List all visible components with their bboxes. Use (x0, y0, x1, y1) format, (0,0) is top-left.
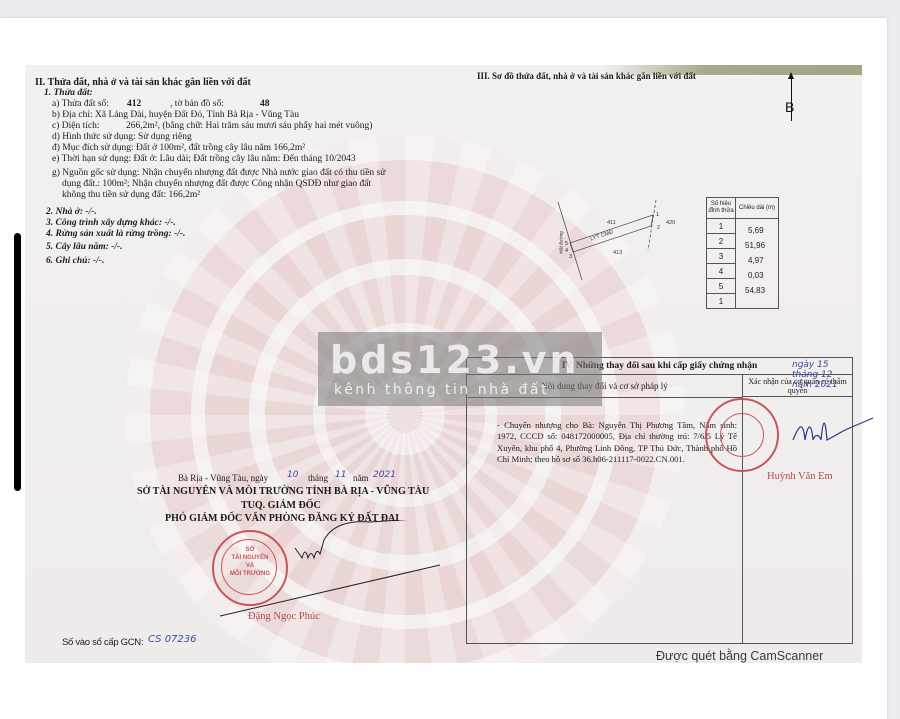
date-year: 2021 (373, 470, 396, 481)
parcel-label: a) Thửa đất số: (52, 99, 109, 110)
house-line: 2. Nhà ở: -/-. (46, 207, 97, 218)
length-cell: 4,97 (748, 256, 764, 265)
date-line-prefix: Bà Rịa - Vũng Tàu, ngày (178, 473, 268, 484)
point-cell: 5 (707, 279, 736, 294)
date-day: 10 (287, 470, 298, 481)
confirm-date: ngày 15 tháng 12 năm 2021 (792, 360, 852, 390)
length-cell: 0,03 (748, 271, 764, 280)
usage-purpose: đ) Mục đích sử dụng: Đất ở 100m², đất tr… (52, 143, 305, 154)
registry-value: CS 07236 (148, 634, 197, 645)
point-cell: 1 (707, 219, 736, 234)
parcel-number: 412 (127, 99, 141, 110)
vertical-scrollbar[interactable] (14, 233, 21, 491)
registry-label: Số vào sổ cấp GCN: (62, 637, 143, 648)
usage-form: d) Hình thức sử dụng: Sử dụng riêng (52, 132, 192, 143)
usage-term: e) Thời hạn sử dụng: Đất ở: Lâu dài; Đất… (52, 154, 356, 165)
agency-name: SỞ TÀI NGUYÊN VÀ MÔI TRƯỜNG TỈNH BÀ RỊA … (137, 486, 429, 497)
map-sheet-label: , tờ bản đồ số: (170, 99, 224, 110)
vertex-4-label: 4 (565, 248, 568, 254)
map-sheet-number: 48 (260, 99, 270, 110)
vertex-5-label: 5 (565, 241, 568, 247)
section-iii-title: III. Sơ đồ thửa đất, nhà ở và tài sản kh… (477, 71, 696, 82)
address: b) Địa chỉ: Xã Láng Dài, huyện Đất Đỏ, T… (52, 110, 299, 121)
parcel-outline-icon (550, 190, 700, 280)
office-stamp-icon (705, 398, 779, 472)
change-entry: - Chuyển nhượng cho Bà: Nguyễn Thị Phươn… (497, 420, 737, 466)
vertex-1-label: 1 (656, 212, 659, 218)
edge-length-table: Số hiệu đỉnh thửa Chiều dài (m) 1 25,69 … (706, 197, 779, 309)
vertex-2-label: 2 (657, 225, 660, 231)
signer-name: Đặng Ngọc Phúc (248, 611, 320, 622)
neighbor-bottom-label: 413 (613, 250, 622, 256)
camscanner-credit: Được quét bằng CamScanner (656, 649, 823, 663)
point-cell: 3 (707, 249, 736, 264)
area-value: 266,2m², (bằng chữ: Hai trăm sáu mươi sá… (126, 121, 372, 132)
other-construction-line: 3. Công trình xây dựng khác: -/-. (46, 218, 176, 229)
length-cell: 51,96 (745, 241, 765, 250)
signature-dang-ngoc-phuc-icon (200, 520, 450, 620)
signature-huynh-van-em-icon (785, 410, 875, 460)
point-cell: 4 (707, 264, 736, 279)
point-cell: 1 (707, 294, 736, 309)
on-behalf-label: TUQ. GIÁM ĐỐC (241, 500, 321, 511)
road-label: Mặt đường (559, 231, 564, 253)
date-year-label: năm (353, 473, 369, 484)
area-label: c) Diện tích: (52, 121, 99, 132)
length-cell: 5,69 (748, 226, 764, 235)
perennial-trees-line: 5. Cây lâu năm: -/-. (46, 242, 123, 253)
length-header: Chiều dài (m) (736, 198, 779, 219)
date-month-label: tháng (308, 473, 328, 484)
length-cell: 54,83 (745, 286, 765, 295)
watermark-overlay: bds123.vn kênh thông tin nhà đất (318, 332, 602, 406)
neighbor-right-label: 420 (666, 220, 675, 226)
neighbor-top-label: 411 (607, 220, 616, 226)
land-heading: 1. Thửa đất: (44, 88, 93, 99)
point-cell: 2 (707, 234, 736, 249)
origin-line-1: g) Nguồn gốc sử dụng: Nhận chuyển nhượng… (52, 168, 385, 179)
section-ii-title: II. Thửa đất, nhà ở và tài sản khác gắn … (35, 77, 251, 88)
watermark-tagline: kênh thông tin nhà đất (334, 382, 549, 398)
point-header: Số hiệu đỉnh thửa (707, 198, 736, 219)
notes-line: 6. Ghi chú: -/-. (46, 256, 104, 267)
planted-forest-line: 4. Rừng sản xuất là rừng trồng: -/-. (46, 229, 185, 240)
north-label: B (785, 99, 794, 115)
parcel-sketch: 411 420 413 LYT CMĐ Mặt đường 1 2 3 4 5 (550, 190, 700, 280)
change-signer-name: Huỳnh Văn Em (767, 471, 833, 482)
origin-line-2: dụng đất.: 100m²; Nhận chuyển nhượng đất… (62, 179, 371, 190)
watermark-brand: bds123.vn (330, 338, 580, 382)
origin-line-3: không thu tiền sử dụng đất: 166,2m² (62, 190, 200, 201)
date-month: 11 (335, 470, 346, 481)
vertex-3-label: 3 (569, 254, 572, 260)
